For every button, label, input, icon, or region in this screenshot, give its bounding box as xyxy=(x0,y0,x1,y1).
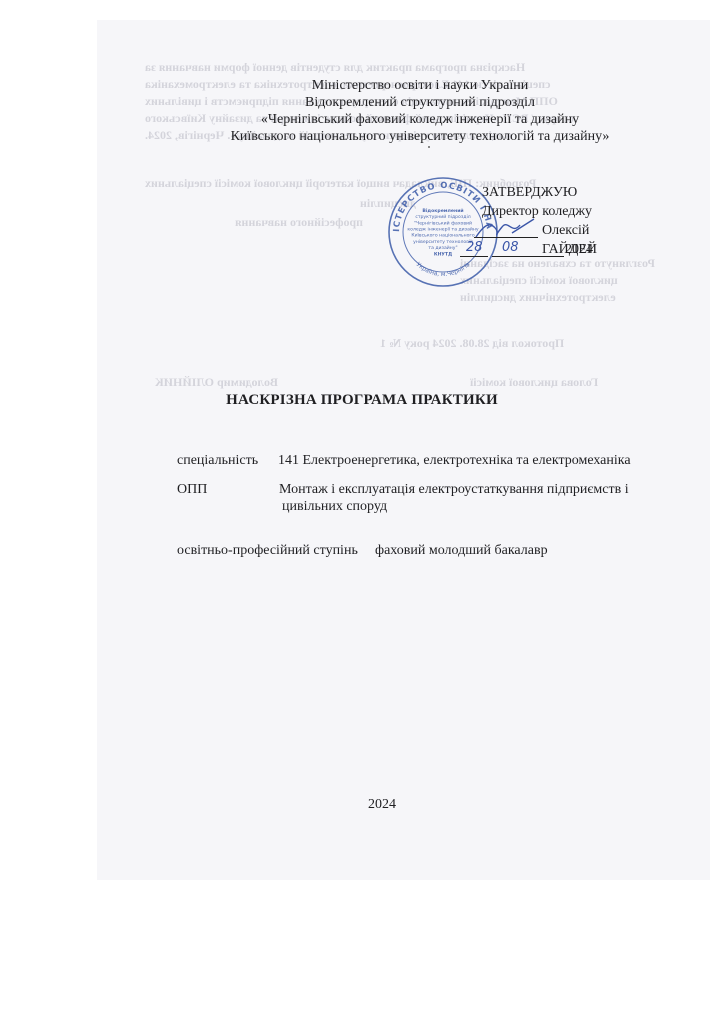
ministry-line: Міністерство освіти і науки України xyxy=(200,77,640,94)
svg-text:університету технологій: університету технологій xyxy=(413,238,473,245)
bleed-line: Володимир ОЛІЙНИК xyxy=(155,375,278,390)
svg-text:КНУТД: КНУТД xyxy=(434,251,452,257)
college-line: «Чернігівський фаховий коледж інженерії … xyxy=(200,111,640,128)
approve-label: ЗАТВЕРДЖУЮ xyxy=(482,183,592,202)
degree-label: освітньо-професійний ступінь xyxy=(177,543,358,559)
subdivision-line: Відокремлений структурний підрозділ xyxy=(200,94,640,111)
degree-value: фаховий молодший бакалавр xyxy=(375,543,548,559)
institution-header: Міністерство освіти і науки України Відо… xyxy=(200,77,640,145)
date-day: 28 xyxy=(466,238,483,257)
bleed-line: Протокол від 28.08. 2024 року № 1 xyxy=(380,336,564,351)
specialty-value: 141 Електроенергетика, електротехніка та… xyxy=(278,453,631,469)
svg-text:Україна, м.Чернігів: Україна, м.Чернігів xyxy=(415,261,472,278)
bleed-line: електротехнічних дисциплін xyxy=(460,290,616,305)
approval-block: ЗАТВЕРДЖУЮ Директор коледжу Олексій ГАЙД… xyxy=(482,183,592,259)
date-month: 08 xyxy=(502,238,519,257)
bleed-line: Голова циклової комісії xyxy=(470,375,598,390)
bleed-line: Наскрізна програма практик для студентів… xyxy=(145,60,525,75)
svg-text:коледж інженерії та дизайну: коледж інженерії та дизайну xyxy=(407,226,478,233)
date-year: 2024 xyxy=(565,240,593,259)
svg-text:та дизайну": та дизайну" xyxy=(428,244,457,251)
opp-value-line2: цивільних споруд xyxy=(282,499,387,515)
dot-mark xyxy=(428,146,430,148)
svg-text:"Чернігівський фаховий: "Чернігівський фаховий xyxy=(414,219,472,226)
document-title: НАСКРІЗНА ПРОГРАМА ПРАКТИКИ xyxy=(0,392,724,409)
university-line: Київського національного університету те… xyxy=(200,128,640,145)
signature-row: Олексій ГАЙДЕЙ xyxy=(482,221,592,240)
scanned-page xyxy=(97,20,710,880)
bleed-line: професійного навчання xyxy=(235,215,363,230)
date-row: 28 08 2024 xyxy=(482,240,592,259)
opp-label: ОПП xyxy=(177,482,207,498)
specialty-label: спеціальність xyxy=(177,453,258,469)
opp-value-line1: Монтаж і експлуатація електроустаткуванн… xyxy=(279,482,629,498)
svg-text:структурний підрозділ: структурний підрозділ xyxy=(415,213,470,220)
svg-text:Відокремлений: Відокремлений xyxy=(422,207,463,214)
document-year: 2024 xyxy=(0,797,724,813)
